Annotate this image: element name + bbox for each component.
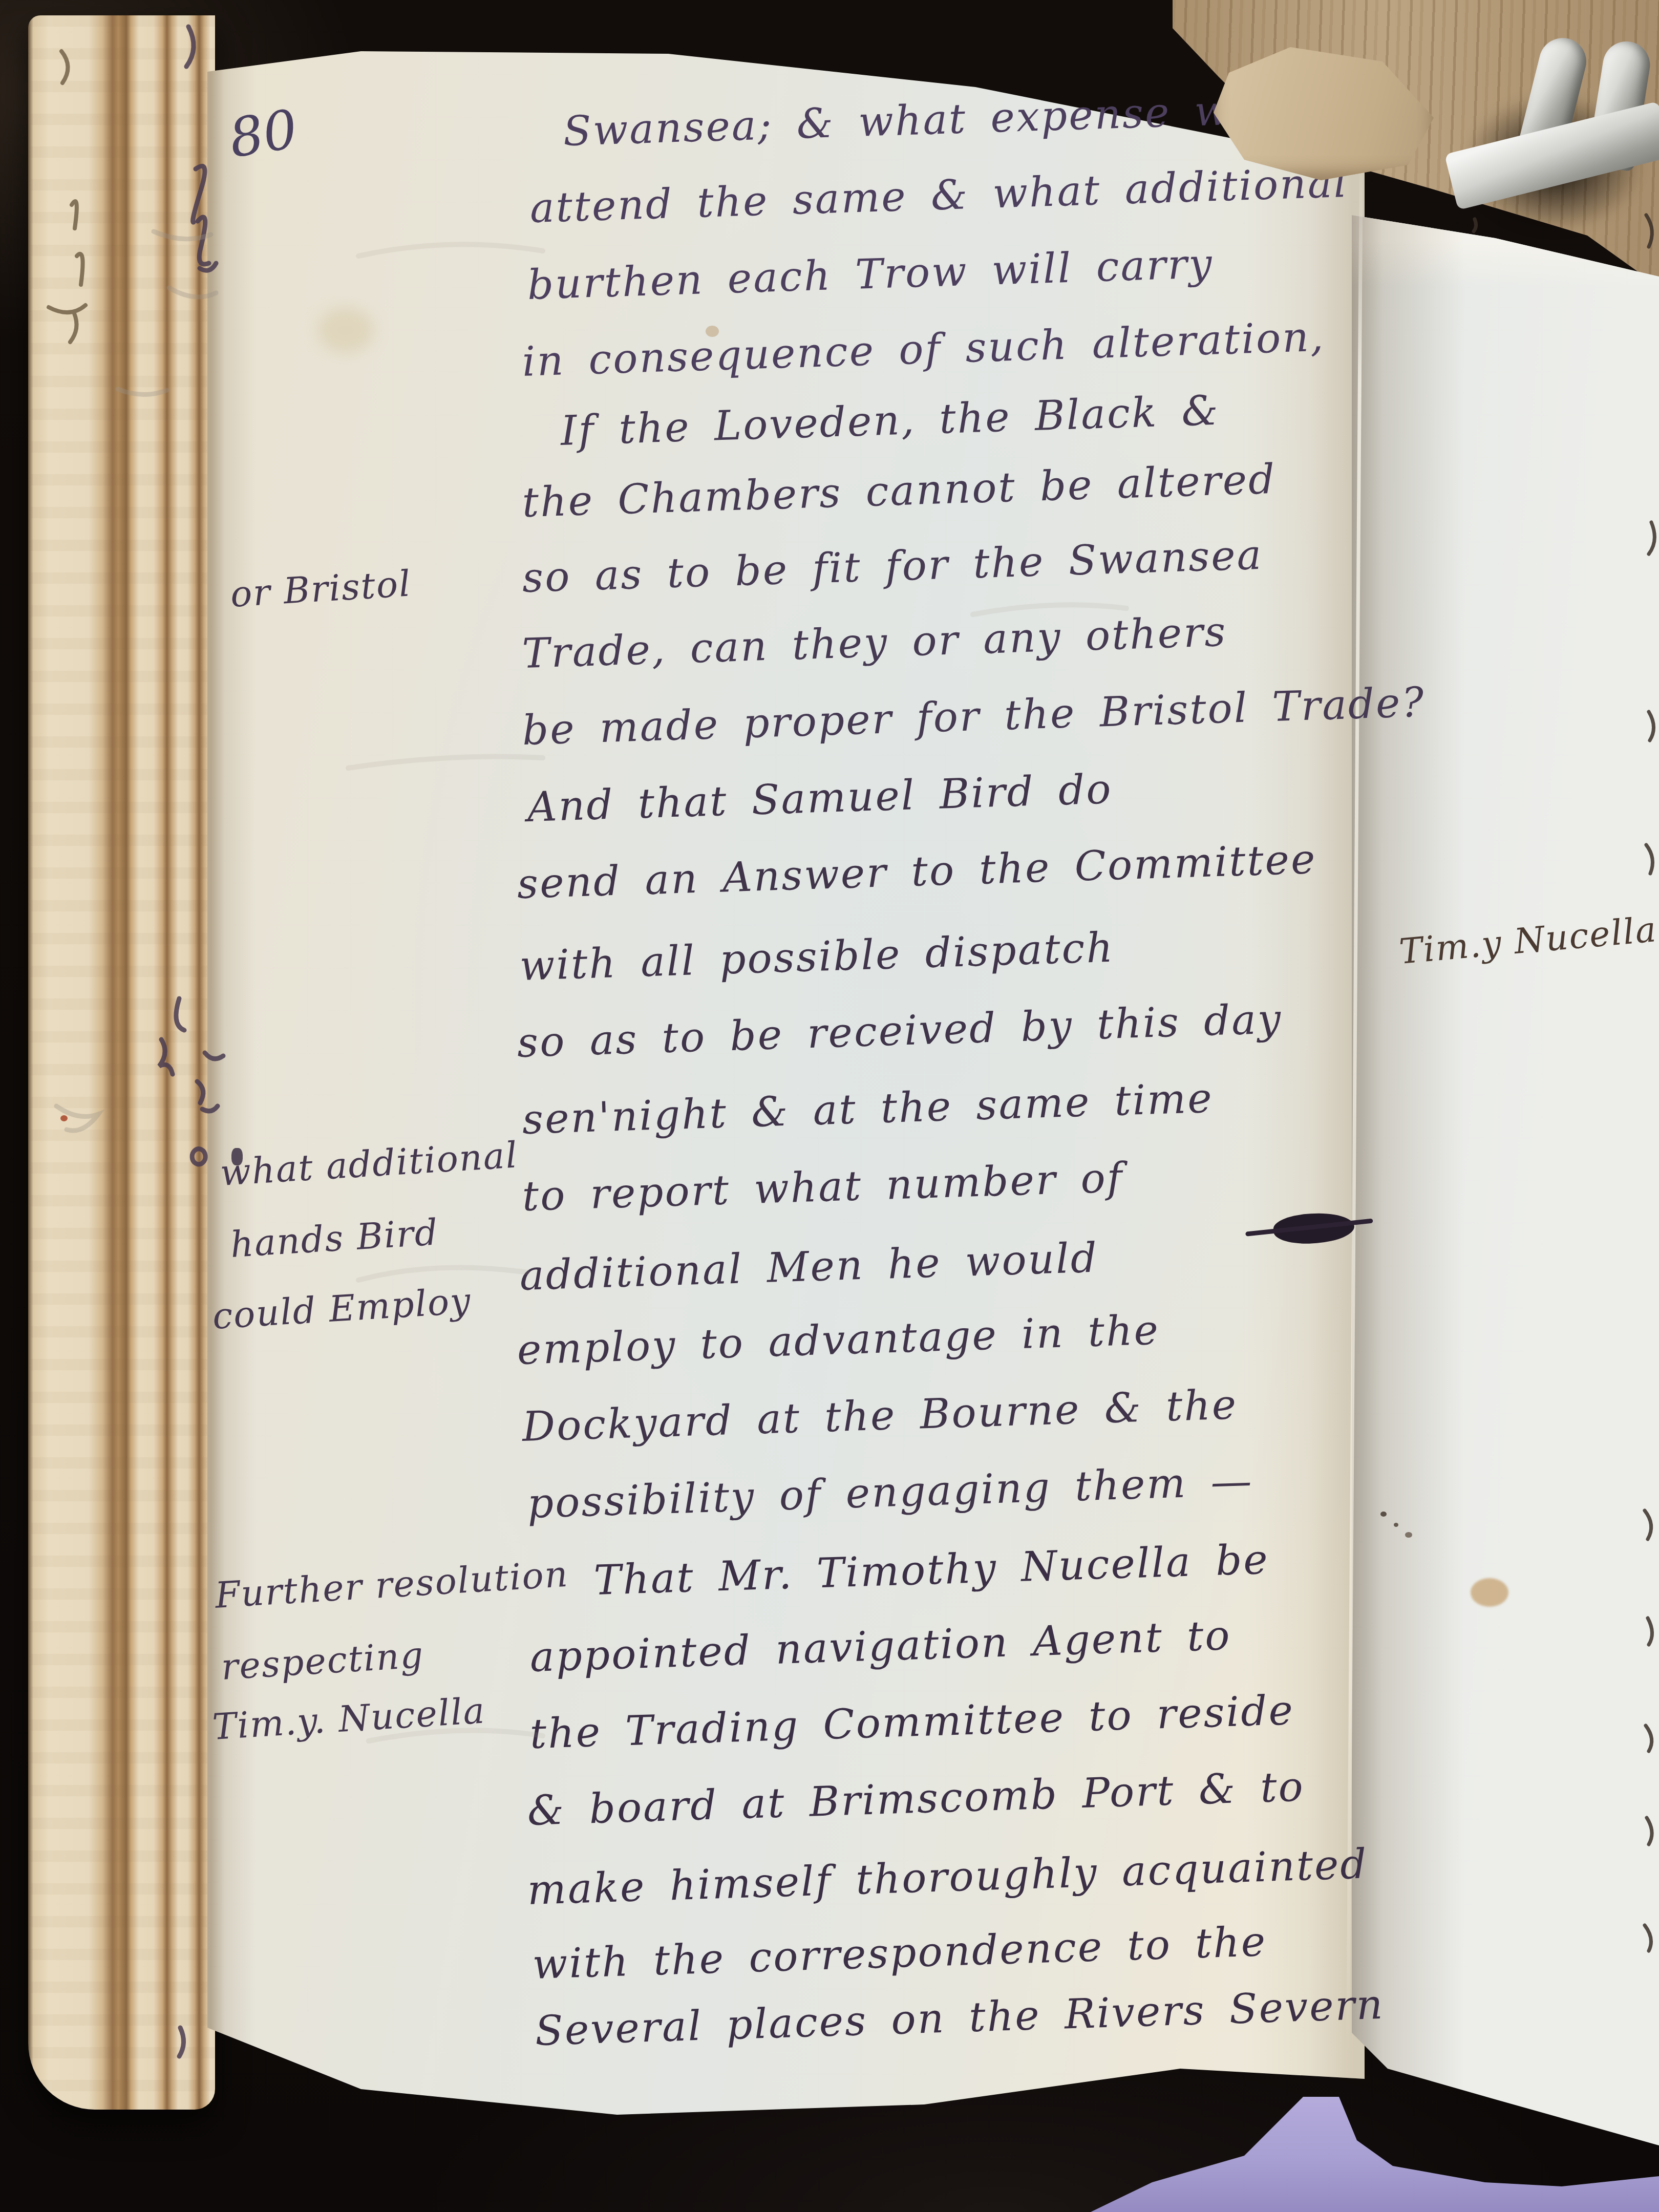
right-page	[1342, 0, 1659, 2212]
page-edge-stack	[28, 15, 215, 2110]
page-number: 80	[225, 97, 302, 169]
manuscript-photo: 80 Swansea; & what expense will attend t…	[0, 0, 1659, 2212]
gutter-shadow	[1342, 0, 1659, 2212]
